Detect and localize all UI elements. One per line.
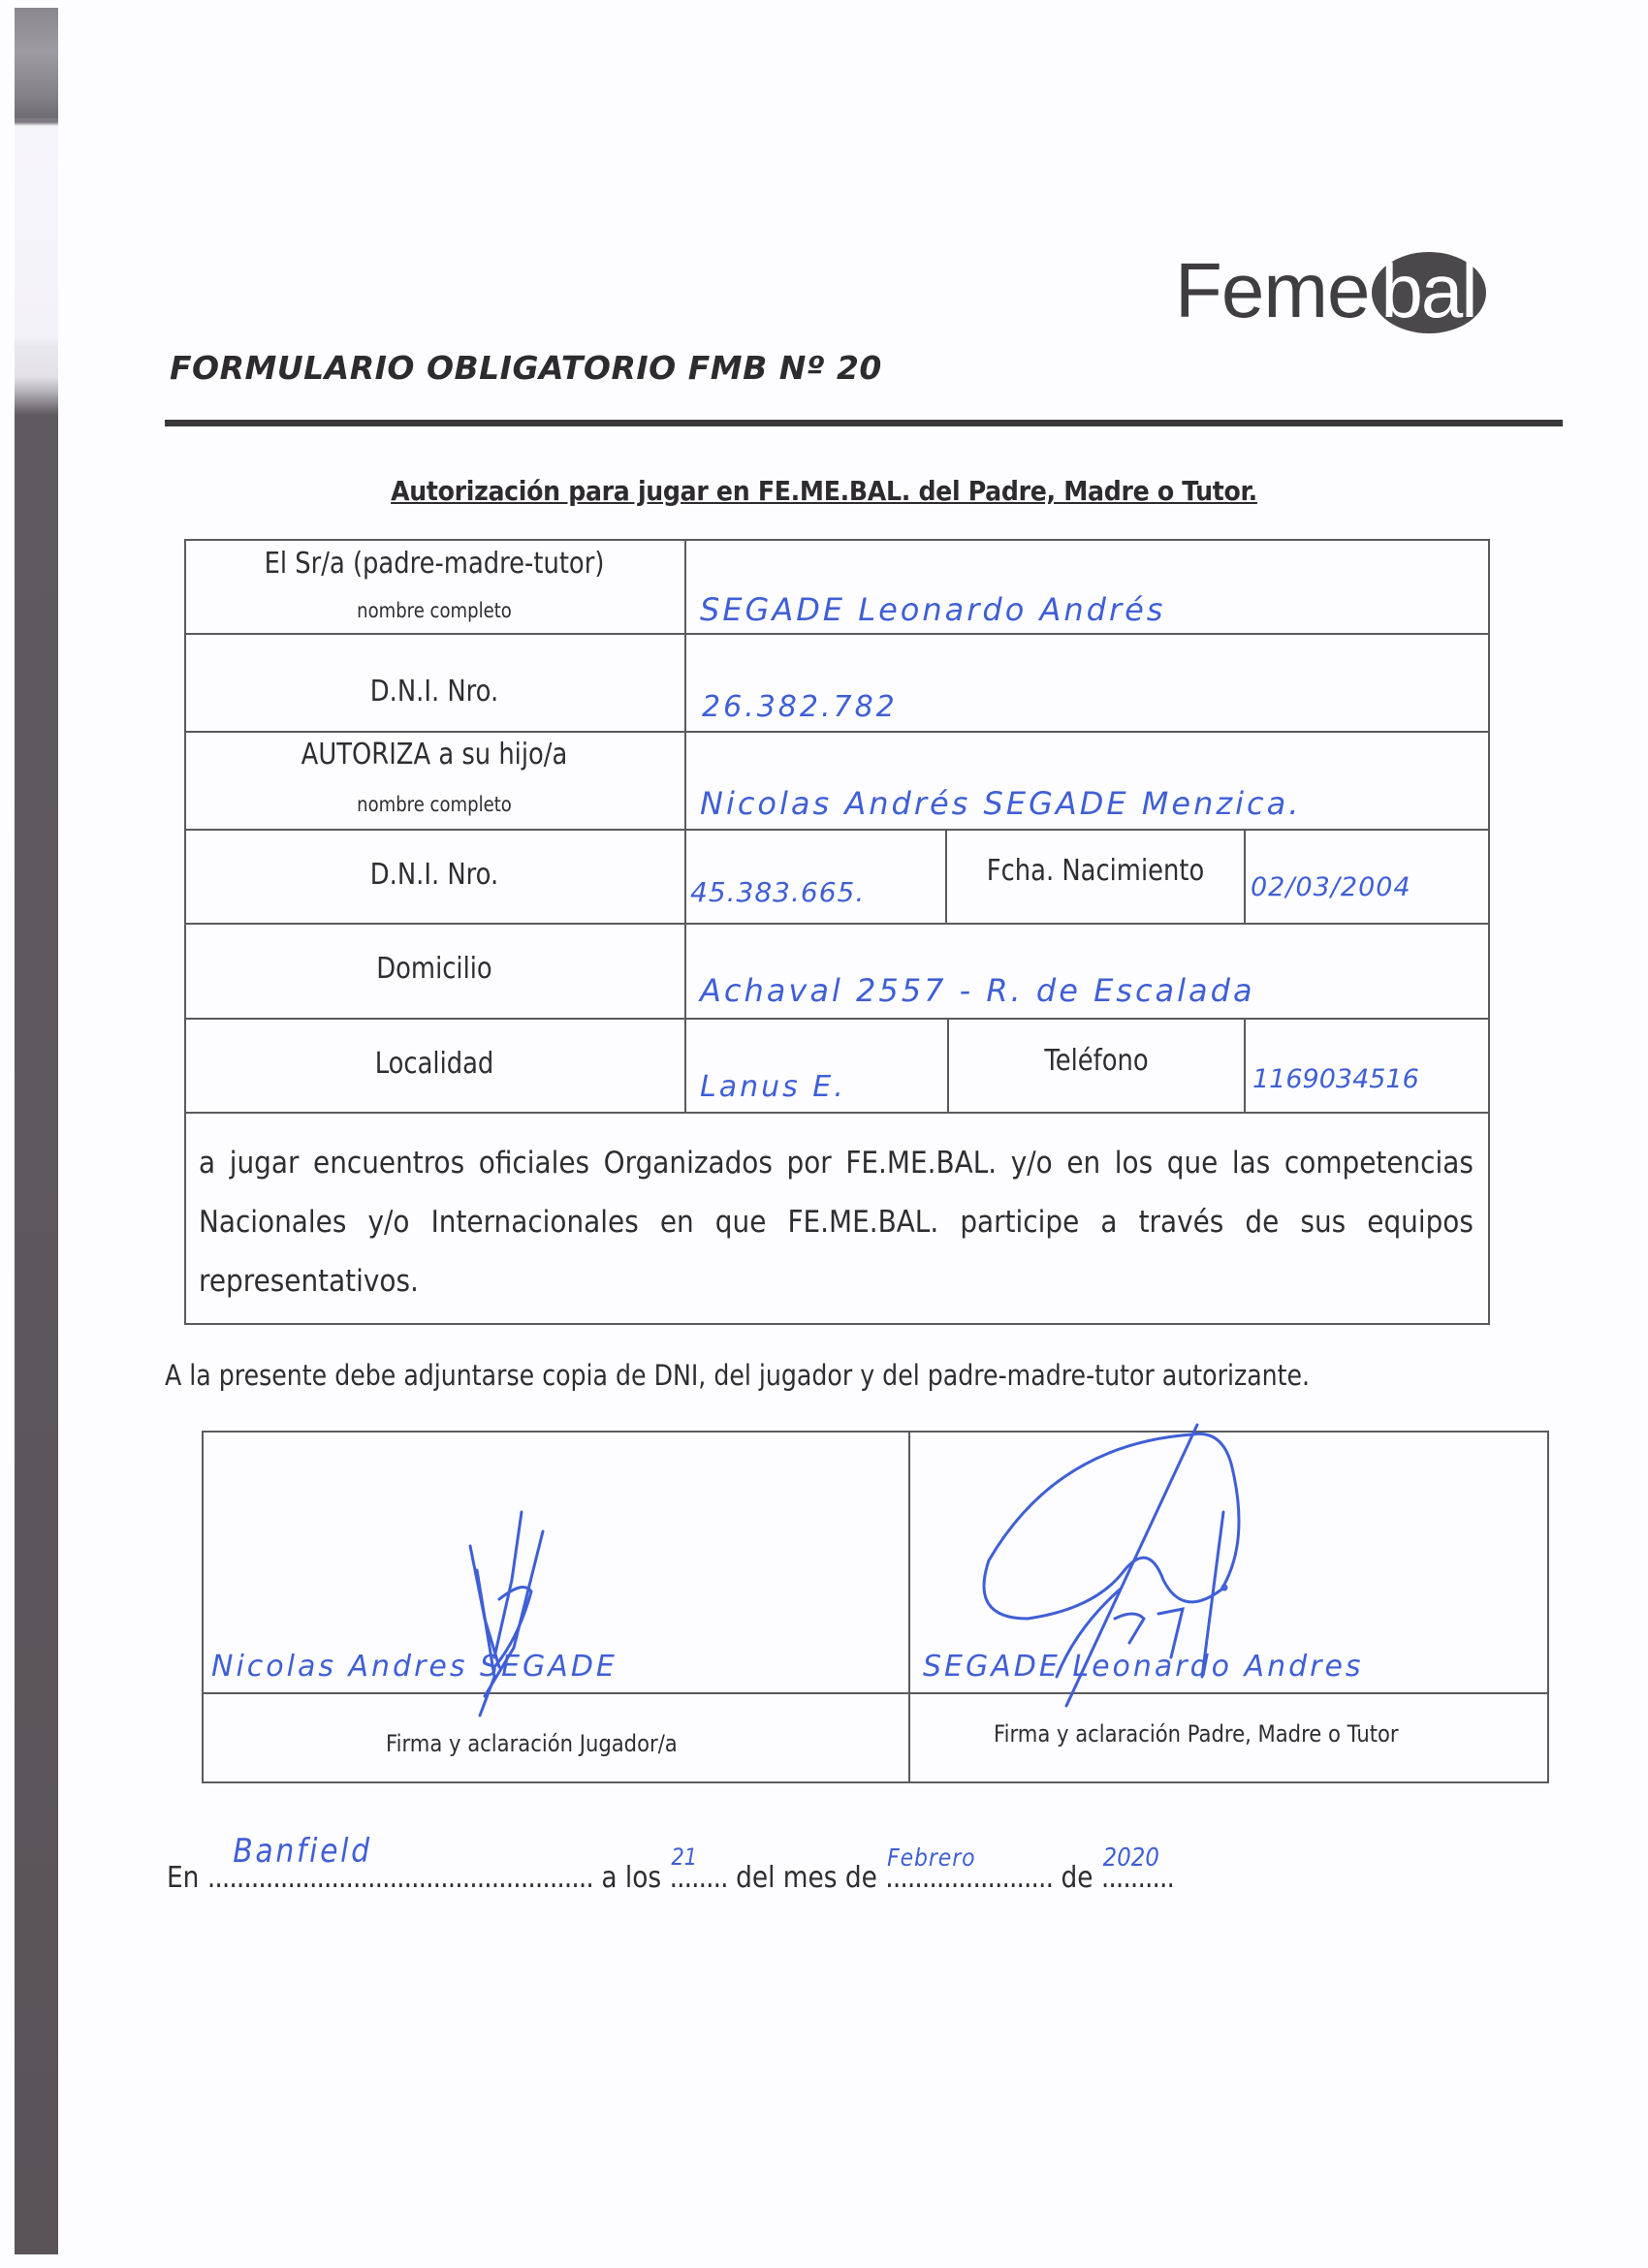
- parent-dni-label: D.N.I. Nro.: [219, 675, 650, 709]
- form-subtitle: Autorización para jugar en FE.ME.BAL. de…: [0, 475, 1648, 507]
- date-prefix: En: [167, 1861, 199, 1895]
- child-label: AUTORIZA a su hijo/a: [219, 738, 650, 772]
- place-field[interactable]: ........................................…: [207, 1861, 593, 1895]
- child-dni-field[interactable]: 45.383.665.: [690, 876, 865, 908]
- address-label: Domicilio: [219, 952, 650, 986]
- address-field[interactable]: Achaval 2557 - R. de Escalada: [700, 972, 1255, 1009]
- logo-oval: bal: [1372, 252, 1486, 333]
- child-sublabel: nombre completo: [219, 793, 650, 816]
- authorization-text: a jugar encuentros oficiales Organizados…: [199, 1134, 1474, 1311]
- parent-label-cell: El Sr/a (padre-madre-tutor) nombre compl…: [184, 539, 684, 633]
- date-line: En .....................................…: [167, 1861, 1174, 1895]
- parent-dni-label-cell: D.N.I. Nro.: [184, 633, 684, 731]
- day-field[interactable]: ........21: [670, 1861, 728, 1895]
- phone-field[interactable]: 1169034516: [1252, 1064, 1419, 1094]
- parent-dni-field[interactable]: 26.382.782: [702, 690, 898, 724]
- month-prefix: del mes de: [736, 1861, 877, 1895]
- phone-label: Teléfono: [969, 1044, 1222, 1078]
- form-title: FORMULARIO OBLIGATORIO FMB Nº 20: [170, 349, 882, 387]
- player-signature-caption: Firma y aclaración Jugador/a: [386, 1730, 678, 1757]
- year-field[interactable]: ..........2020: [1101, 1861, 1174, 1895]
- parent-sublabel: nombre completo: [219, 599, 650, 622]
- child-name-field[interactable]: Nicolas Andrés SEGADE Menzica.: [700, 785, 1301, 822]
- phone-label-cell: Teléfono: [949, 1018, 1244, 1112]
- locality-label-cell: Localidad: [184, 1018, 684, 1112]
- parent-signature-caption: Firma y aclaración Padre, Madre o Tutor: [994, 1720, 1399, 1748]
- year-prefix: de: [1061, 1861, 1093, 1895]
- address-label-cell: Domicilio: [184, 923, 684, 1018]
- child-dni-label: D.N.I. Nro.: [219, 858, 650, 892]
- parent-name-field[interactable]: SEGADE Leonardo Andrés: [700, 591, 1165, 628]
- locality-field[interactable]: Lanus E.: [700, 1070, 846, 1104]
- day-value: 21: [671, 1843, 697, 1871]
- days-prefix: a los: [601, 1861, 661, 1895]
- locality-label: Localidad: [219, 1047, 650, 1081]
- femebal-logo: Femebal: [1175, 247, 1486, 334]
- parent-clarification: SEGADE Leonardo Andres: [923, 1650, 1364, 1684]
- place-value: Banfield: [233, 1832, 372, 1871]
- month-field[interactable]: .......................Febrero: [885, 1861, 1053, 1895]
- scan-edge-artifact: [15, 8, 58, 2254]
- child-dni-label-cell: D.N.I. Nro.: [184, 829, 684, 923]
- attachment-note: A la presente debe adjuntarse copia de D…: [165, 1359, 1310, 1392]
- title-divider: [165, 420, 1563, 426]
- birth-label: Fcha. Nacimiento: [967, 854, 1222, 888]
- birth-label-cell: Fcha. Nacimiento: [947, 829, 1244, 923]
- player-clarification: Nicolas Andres SEGADE: [211, 1650, 618, 1684]
- birth-date-field[interactable]: 02/03/2004: [1251, 872, 1411, 902]
- month-value: Febrero: [887, 1843, 975, 1872]
- child-label-cell: AUTORIZA a su hijo/a nombre completo: [184, 731, 684, 829]
- parent-label: El Sr/a (padre-madre-tutor): [219, 547, 650, 581]
- logo-text: Feme: [1175, 252, 1370, 330]
- year-value: 2020: [1103, 1843, 1159, 1873]
- scan-edge-artifact-top: [15, 8, 58, 118]
